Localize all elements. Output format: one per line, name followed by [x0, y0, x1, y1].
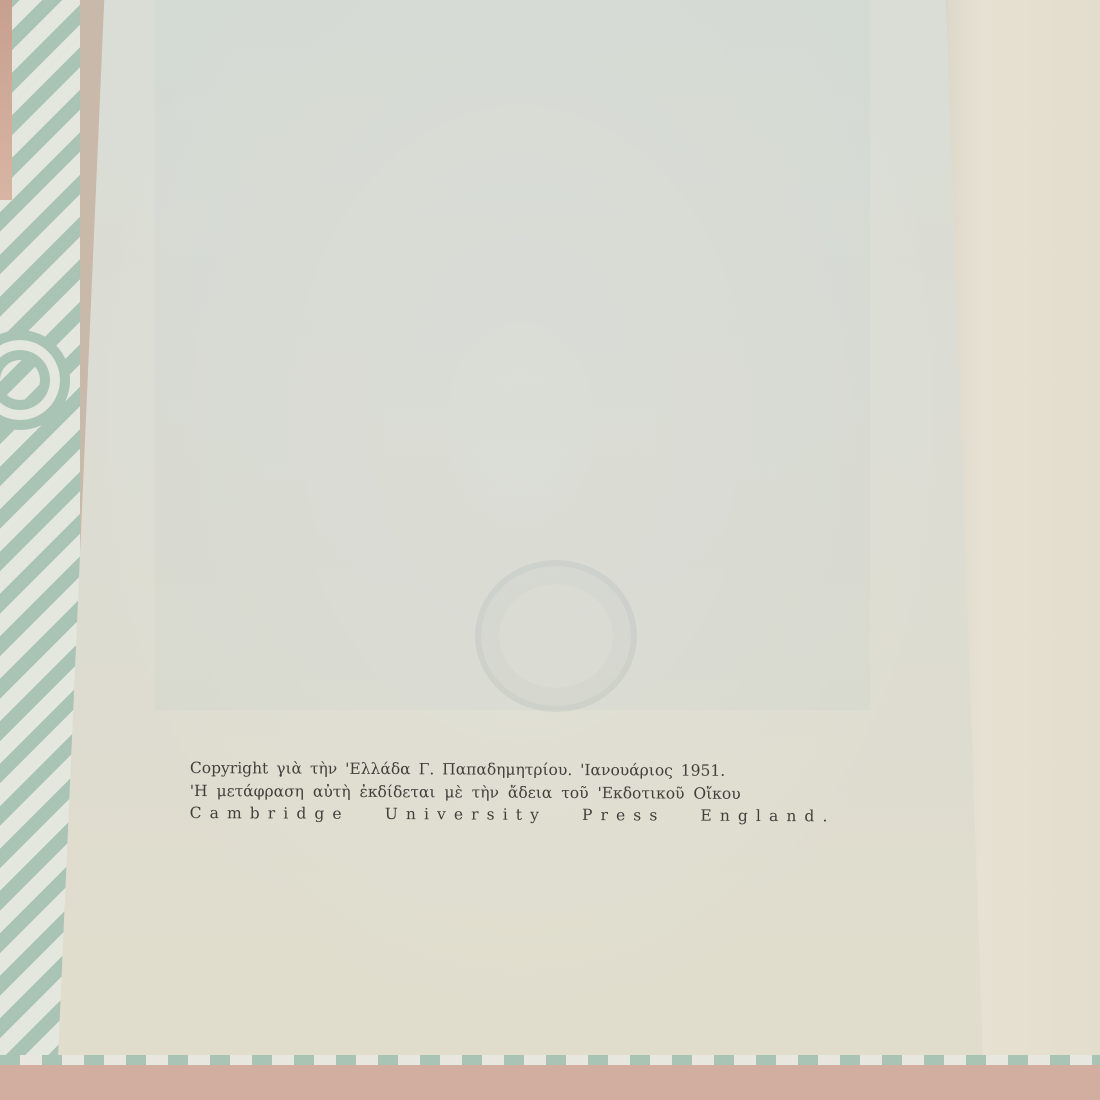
cover-stripe — [0, 1055, 1100, 1065]
spiral-ornament-icon — [0, 330, 70, 430]
copyright-line-3: Cambridge University Press England. — [190, 802, 950, 828]
copyright-notice: Copyright γιὰ τὴν 'Ελλάδα Γ. Παπαδημητρί… — [190, 757, 950, 828]
cover-edge — [0, 0, 12, 200]
cover-bottom-edge — [0, 1055, 1100, 1100]
copyright-line-1: Copyright γιὰ τὴν 'Ελλάδα Γ. Παπαδημητρί… — [190, 757, 950, 783]
bleed-through-seal-icon — [475, 560, 637, 712]
